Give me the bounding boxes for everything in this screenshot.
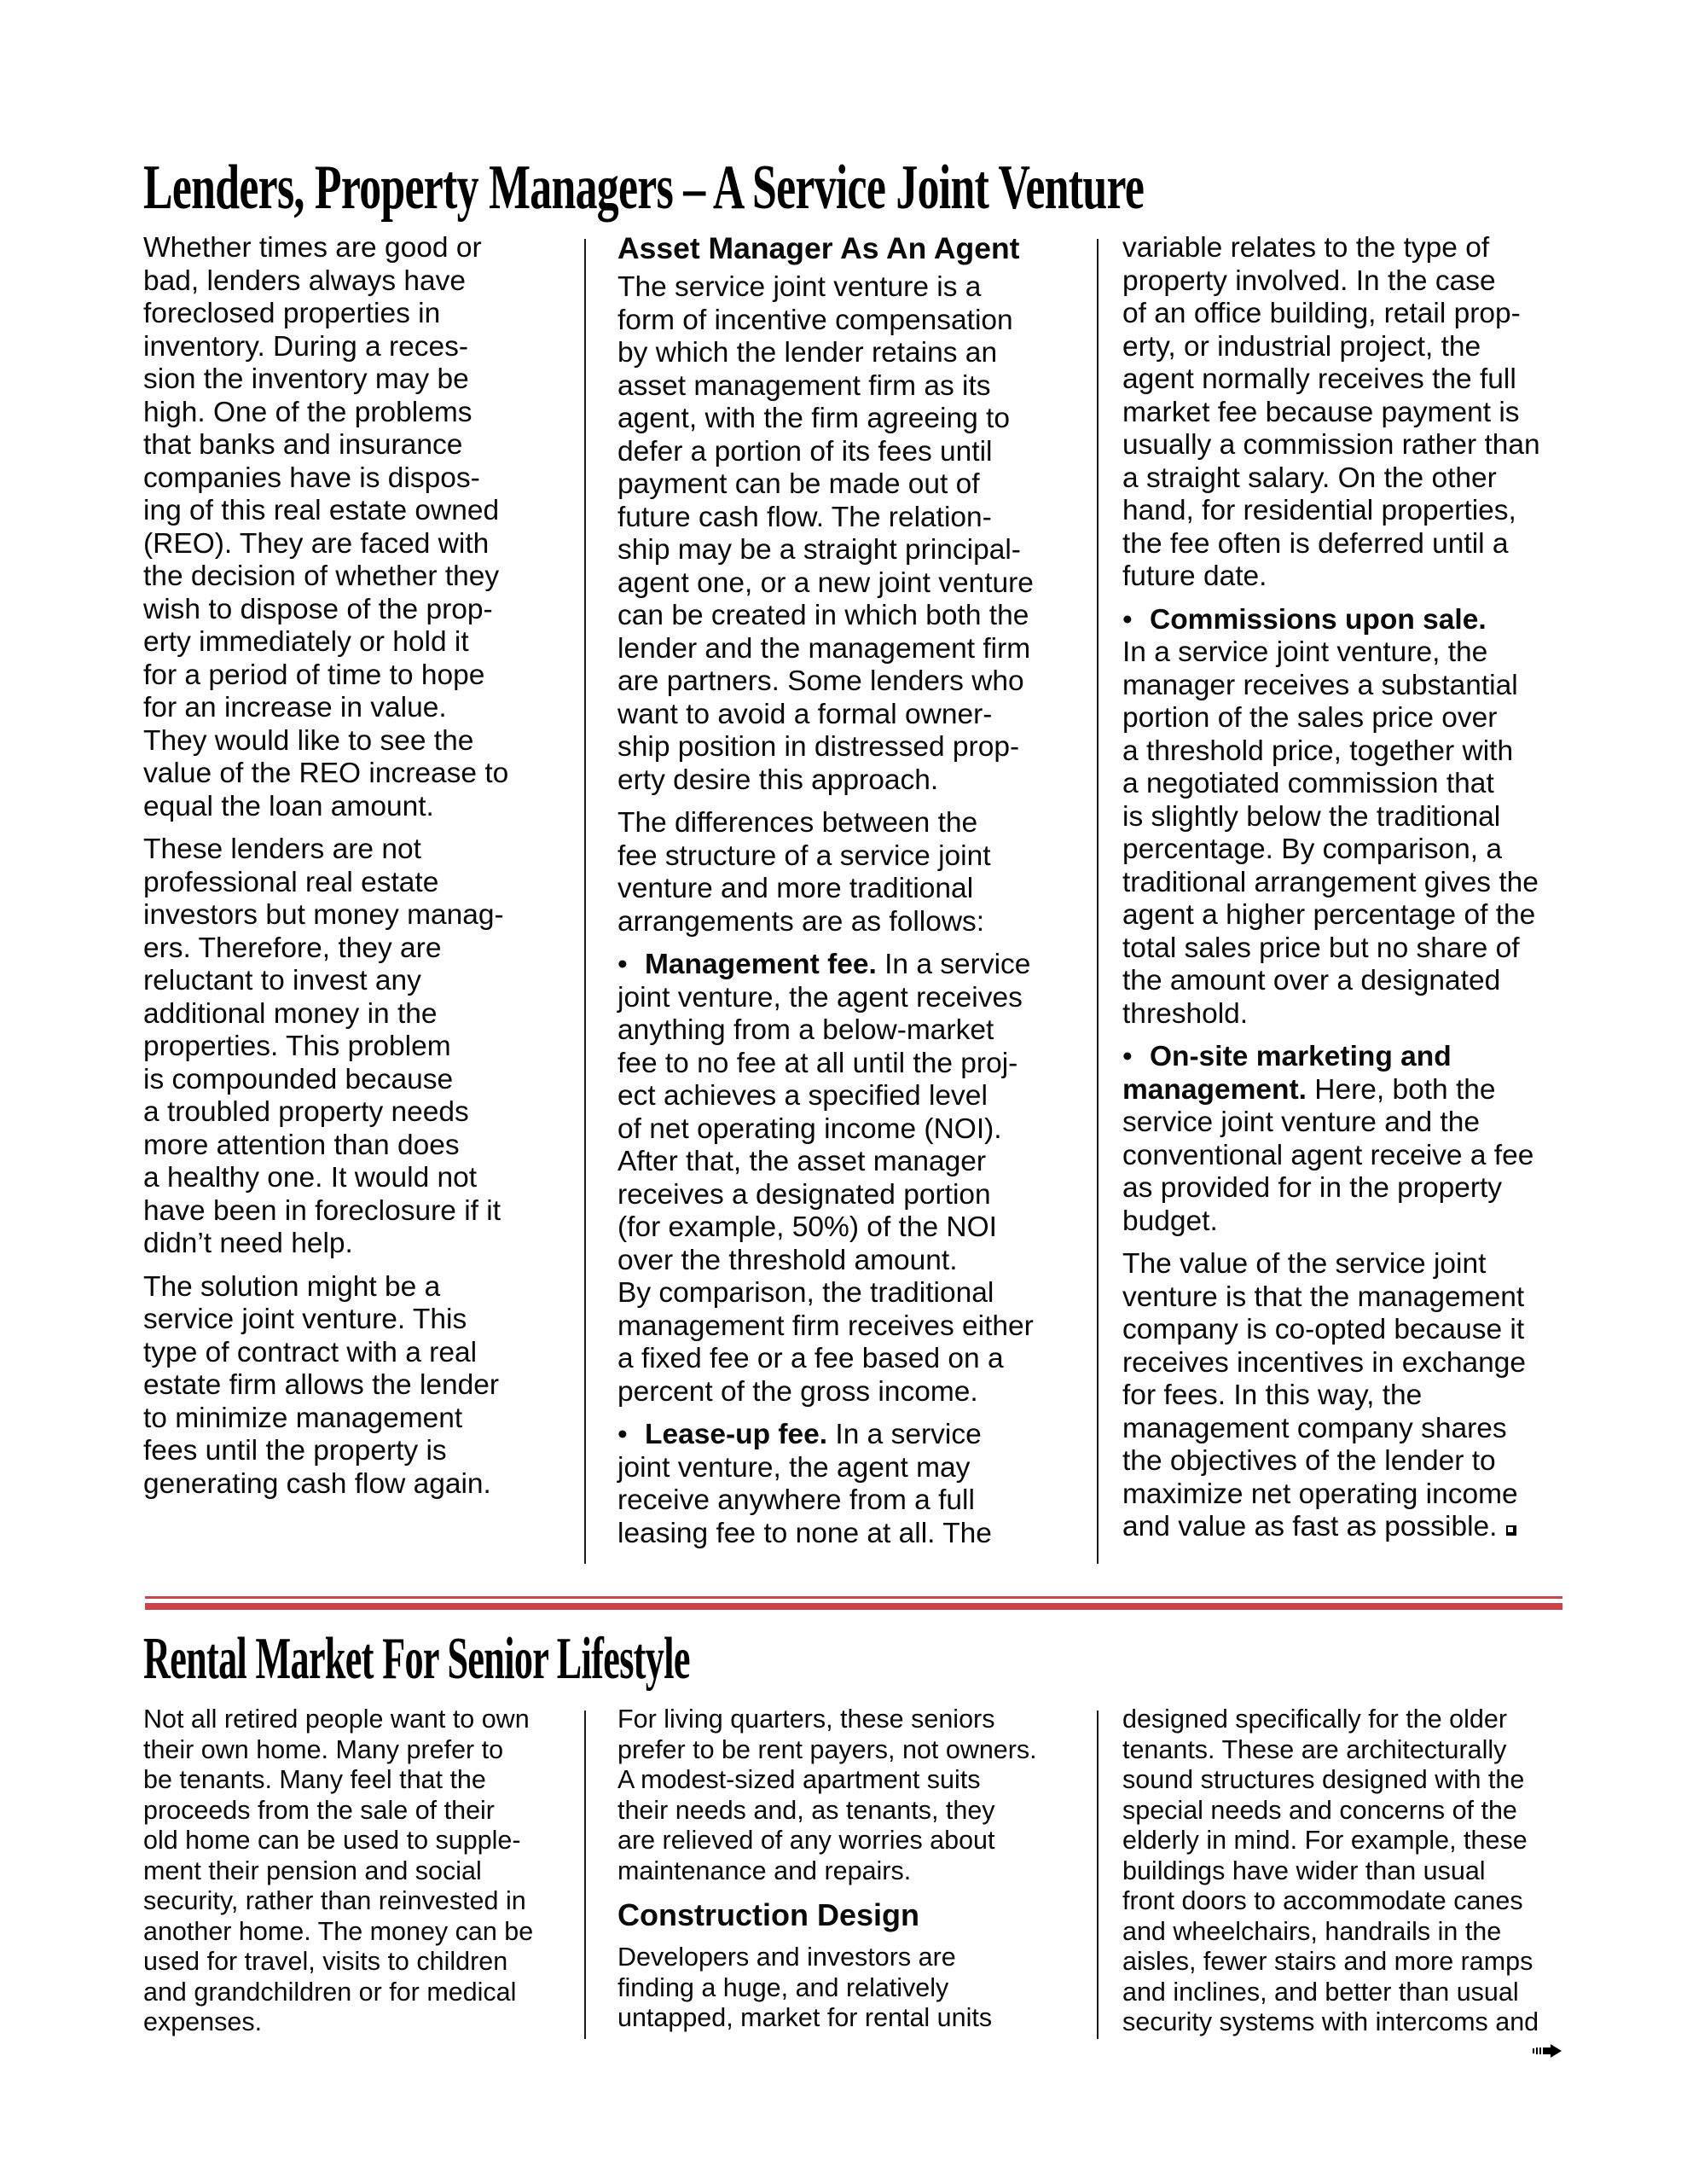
text-line: and wheelchairs, handrails in the	[1122, 1917, 1583, 1948]
text-line: After that, the asset manager	[617, 1146, 1070, 1179]
text-line: another home. The money can be	[143, 1917, 553, 1948]
text-line: erty desire this approach.	[617, 764, 1070, 798]
text-line: management company shares	[1122, 1413, 1574, 1446]
text-line: anything from a below-market	[617, 1014, 1070, 1048]
text-line: special needs and concerns of the	[1122, 1796, 1583, 1827]
text-line: prefer to be rent payers, not owners.	[617, 1735, 1078, 1766]
bullet-item: •Management fee. In a servicejoint ventu…	[617, 949, 1070, 1409]
text-line: by which the lender retains an	[617, 337, 1070, 370]
paragraph: Not all retired people want to owntheir …	[143, 1705, 553, 2038]
text-line: ers. Therefore, they are	[143, 932, 553, 966]
text-line: Not all retired people want to own	[143, 1705, 553, 1735]
text-line: a threshold price, together with	[1122, 735, 1574, 769]
text-line: of net operating income (NOI).	[617, 1113, 1070, 1147]
text-line: venture and more traditional	[617, 873, 1070, 906]
text-line: The service joint venture is a	[617, 271, 1070, 305]
text-line: untapped, market for rental units	[617, 2003, 1078, 2034]
bullet-label: Management fee.	[645, 949, 877, 980]
text-line: usually a commission rather than	[1122, 429, 1574, 462]
text-line: security, rather than reinvested in	[143, 1886, 553, 1917]
text-line: as provided for in the property	[1122, 1172, 1574, 1205]
end-mark-square-icon	[1506, 1525, 1516, 1536]
bullet-item: •Lease-up fee. In a servicejoint venture…	[617, 1419, 1070, 1550]
text-line: inventory. During a reces-	[143, 331, 553, 364]
text-line: conventional agent receive a fee	[1122, 1140, 1574, 1173]
text-line: By comparison, the traditional	[617, 1277, 1070, 1310]
bullet-first-line: •On-site marketing and	[1122, 1041, 1574, 1074]
text-line: ship may be a straight principal-	[617, 534, 1070, 567]
text-line: can be created in which both the	[617, 600, 1070, 633]
text-line: agent a higher percentage of the	[1122, 899, 1574, 932]
article-1-column-3: variable relates to the type ofproperty …	[1122, 232, 1574, 1554]
text-fragment: In a service	[877, 949, 1031, 980]
text-line: agent, with the firm agreeing to	[617, 403, 1070, 436]
article-1-headline: Lenders, Property Managers – A Service J…	[143, 152, 1144, 224]
text-line: the amount over a designated	[1122, 965, 1574, 998]
text-line: their own home. Many prefer to	[143, 1735, 553, 1766]
text-line: reluctant to invest any	[143, 965, 553, 998]
text-line: a healthy one. It would not	[143, 1162, 553, 1195]
text-line: the objectives of the lender to	[1122, 1445, 1574, 1478]
text-line: future date.	[1122, 561, 1574, 594]
text-line: a fixed fee or a fee based on a	[617, 1343, 1070, 1376]
text-line: to minimize management	[143, 1403, 553, 1436]
bullet-label: management.	[1122, 1074, 1307, 1106]
text-line: leasing fee to none at all. The	[617, 1518, 1070, 1551]
text-line: fee to no fee at all until the proj-	[617, 1048, 1070, 1081]
text-line: that banks and insurance	[143, 429, 553, 462]
column-rule	[584, 239, 586, 1564]
text-line: Whether times are good or	[143, 232, 553, 265]
bullet-item: •Commissions upon sale.In a service join…	[1122, 604, 1574, 1031]
subhead: Construction Design	[617, 1896, 1078, 1934]
text-line: service joint venture. This	[143, 1304, 553, 1337]
text-line: front doors to accommodate canes	[1122, 1886, 1583, 1917]
bullet-label: Lease-up fee.	[645, 1419, 827, 1450]
paragraph: Whether times are good orbad, lenders al…	[143, 232, 553, 823]
text-line: threshold.	[1122, 998, 1574, 1031]
text-line: venture is that the management	[1122, 1281, 1574, 1315]
text-line: Developers and investors are	[617, 1943, 1078, 1973]
text-line: ment their pension and social	[143, 1856, 553, 1887]
text-line: defer a portion of its fees until	[617, 436, 1070, 469]
text-line: companies have is dispos-	[143, 462, 553, 496]
text-line: hand, for residential properties,	[1122, 495, 1574, 528]
text-line: professional real estate	[143, 867, 553, 900]
text-line: variable relates to the type of	[1122, 232, 1574, 265]
text-line: percent of the gross income.	[617, 1376, 1070, 1409]
text-line: manager receives a substantial	[1122, 670, 1574, 703]
text-line: receives incentives in exchange	[1122, 1347, 1574, 1380]
text-line: finding a huge, and relatively	[617, 1973, 1078, 2004]
bullet-first-line: •Commissions upon sale.	[1122, 604, 1574, 637]
text-line: traditional arrangement gives the	[1122, 867, 1574, 900]
paragraph: designed specifically for the oldertenan…	[1122, 1705, 1583, 2038]
text-line: A modest-sized apartment suits	[617, 1765, 1078, 1796]
paragraph: The service joint venture is aform of in…	[617, 271, 1070, 797]
article-2-column-1: Not all retired people want to owntheir …	[143, 1705, 553, 2048]
bullet-icon: •	[617, 949, 645, 982]
text-line: ing of this real estate owned	[143, 495, 553, 528]
text-line: a troubled property needs	[143, 1096, 553, 1130]
text-line: for a period of time to hope	[143, 659, 553, 693]
text-line: properties. This problem	[143, 1031, 553, 1064]
text-line: For living quarters, these seniors	[617, 1705, 1078, 1735]
text-line: buildings have wider than usual	[1122, 1856, 1583, 1887]
text-line: company is co-opted because it	[1122, 1314, 1574, 1347]
text-line: portion of the sales price over	[1122, 702, 1574, 735]
text-line: The differences between the	[617, 807, 1070, 840]
text-line: tenants. These are architecturally	[1122, 1735, 1583, 1766]
text-line: total sales price but no share of	[1122, 932, 1574, 966]
text-line: and value as fast as possible.	[1122, 1511, 1574, 1544]
text-line: They would like to see the	[143, 725, 553, 758]
text-line: old home can be used to supple-	[143, 1826, 553, 1856]
text-line: generating cash flow again.	[143, 1468, 553, 1501]
text-line: is compounded because	[143, 1064, 553, 1097]
text-line: a negotiated commission that	[1122, 768, 1574, 801]
text-fragment: and value as fast as possible.	[1122, 1511, 1498, 1542]
article-2-column-3: designed specifically for the oldertenan…	[1122, 1705, 1583, 2048]
text-line: the fee often is deferred until a	[1122, 528, 1574, 561]
text-line: joint venture, the agent receives	[617, 982, 1070, 1015]
text-line: used for travel, visits to children	[143, 1947, 553, 1978]
article-1-column-1: Whether times are good orbad, lenders al…	[143, 232, 553, 1511]
text-line: more attention than does	[143, 1130, 553, 1163]
text-line: The solution might be a	[143, 1271, 553, 1304]
bullet-icon: •	[1122, 604, 1150, 637]
text-line: property involved. In the case	[1122, 265, 1574, 299]
text-line: for fees. In this way, the	[1122, 1380, 1574, 1413]
text-line: and inclines, and better than usual	[1122, 1978, 1583, 2008]
text-line: fee structure of a service joint	[617, 840, 1070, 874]
article-2-headline: Rental Market For Senior Lifestyle	[143, 1625, 690, 1693]
text-line: form of incentive compensation	[617, 305, 1070, 338]
text-line: additional money in the	[143, 998, 553, 1031]
text-line: management firm receives either	[617, 1310, 1070, 1344]
paragraph: For living quarters, these seniorsprefer…	[617, 1705, 1078, 1886]
text-line: receives a designated portion	[617, 1179, 1070, 1212]
text-line: estate firm allows the lender	[143, 1369, 553, 1403]
text-line: asset management firm as its	[617, 370, 1070, 404]
text-line: want to avoid a formal owner-	[617, 699, 1070, 732]
text-line: and grandchildren or for medical	[143, 1978, 553, 2008]
text-line: maintenance and repairs.	[617, 1856, 1078, 1887]
text-line: of an office building, retail prop-	[1122, 298, 1574, 331]
bullet-icon: •	[617, 1419, 645, 1452]
text-line: service joint venture and the	[1122, 1107, 1574, 1140]
paragraph: The solution might be aservice joint ven…	[143, 1271, 553, 1501]
column-rule	[584, 1711, 586, 2039]
text-line: investors but money manag-	[143, 899, 553, 932]
text-line: receive anywhere from a full	[617, 1484, 1070, 1518]
column-rule	[1097, 1711, 1099, 2039]
text-line: erty, or industrial project, the	[1122, 331, 1574, 364]
text-line: foreclosed properties in	[143, 298, 553, 331]
text-line: These lenders are not	[143, 834, 553, 867]
text-line: over the threshold amount.	[617, 1245, 1070, 1278]
text-line: (for example, 50%) of the NOI	[617, 1211, 1070, 1245]
text-line: future cash flow. The relation-	[617, 502, 1070, 535]
text-line: a straight salary. On the other	[1122, 462, 1574, 496]
text-line: agent normally receives the full	[1122, 363, 1574, 397]
text-line: be tenants. Many feel that the	[143, 1765, 553, 1796]
article-2-column-2: For living quarters, these seniorsprefer…	[617, 1705, 1078, 2044]
text-line: expenses.	[143, 2007, 553, 2038]
text-line: wish to dispose of the prop-	[143, 594, 553, 627]
text-line: type of contract with a real	[143, 1337, 553, 1370]
bullet-icon: •	[1122, 1041, 1150, 1074]
text-fragment: Here, both the	[1307, 1074, 1496, 1106]
text-line: market fee because payment is	[1122, 397, 1574, 430]
text-line: the decision of whether they	[143, 561, 553, 594]
bullet-first-line: •Lease-up fee. In a service	[617, 1419, 1070, 1452]
text-line: agent one, or a new joint venture	[617, 567, 1070, 601]
text-line: The value of the service joint	[1122, 1248, 1574, 1281]
article-1-column-2: Asset Manager As An AgentThe service joi…	[617, 230, 1070, 1560]
text-line: joint venture, the agent may	[617, 1452, 1070, 1485]
bullet-label: Commissions upon sale.	[1150, 604, 1487, 636]
subhead: Asset Manager As An Agent	[617, 230, 1070, 266]
text-line: fees until the property is	[143, 1435, 553, 1468]
text-fragment: In a service	[827, 1419, 982, 1450]
text-line: equal the loan amount.	[143, 791, 553, 824]
text-line: high. One of the problems	[143, 397, 553, 430]
text-line: security systems with intercoms and	[1122, 2007, 1583, 2038]
text-line: designed specifically for the older	[1122, 1705, 1583, 1735]
paragraph: variable relates to the type ofproperty …	[1122, 232, 1574, 594]
text-line: bad, lenders always have	[143, 265, 553, 299]
text-line: aisles, fewer stairs and more ramps	[1122, 1947, 1583, 1978]
bullet-first-line: •Management fee. In a service	[617, 949, 1070, 982]
text-line: sion the inventory may be	[143, 363, 553, 397]
paragraph: These lenders are notprofessional real e…	[143, 834, 553, 1261]
bullet-label: On-site marketing and	[1150, 1041, 1452, 1072]
text-line: In a service joint venture, the	[1122, 636, 1574, 670]
text-line: budget.	[1122, 1205, 1574, 1239]
paragraph: The differences between thefee structure…	[617, 807, 1070, 938]
text-line: have been in foreclosure if it	[143, 1195, 553, 1228]
text-line: lender and the management firm	[617, 633, 1070, 666]
section-divider-thick	[145, 1603, 1562, 1610]
continued-arrow-icon	[1533, 2044, 1562, 2062]
text-line: are relieved of any worries about	[617, 1826, 1078, 1856]
text-line: (REO). They are faced with	[143, 528, 553, 561]
text-line: arrangements are as follows:	[617, 906, 1070, 939]
text-line: value of the REO increase to	[143, 758, 553, 791]
text-line: percentage. By comparison, a	[1122, 834, 1574, 867]
text-line: payment can be made out of	[617, 468, 1070, 502]
text-line: elderly in mind. For example, these	[1122, 1826, 1583, 1856]
text-line: ect achieves a specified level	[617, 1080, 1070, 1113]
text-line: maximize net operating income	[1122, 1478, 1574, 1512]
text-line: didn’t need help.	[143, 1228, 553, 1261]
paragraph: The value of the service jointventure is…	[1122, 1248, 1574, 1544]
text-line: their needs and, as tenants, they	[617, 1796, 1078, 1827]
text-line: is slightly below the traditional	[1122, 801, 1574, 834]
text-line: for an increase in value.	[143, 692, 553, 725]
text-line: sound structures designed with the	[1122, 1765, 1583, 1796]
bullet-second-line: management. Here, both the	[1122, 1074, 1574, 1107]
paragraph: Developers and investors arefinding a hu…	[617, 1943, 1078, 2034]
bullet-item: •On-site marketing andmanagement. Here, …	[1122, 1041, 1574, 1238]
text-line: ship position in distressed prop-	[617, 731, 1070, 764]
column-rule	[1097, 239, 1099, 1564]
text-line: proceeds from the sale of their	[143, 1796, 553, 1827]
text-line: are partners. Some lenders who	[617, 665, 1070, 699]
section-divider-thin	[145, 1596, 1562, 1599]
text-line: erty immediately or hold it	[143, 626, 553, 659]
